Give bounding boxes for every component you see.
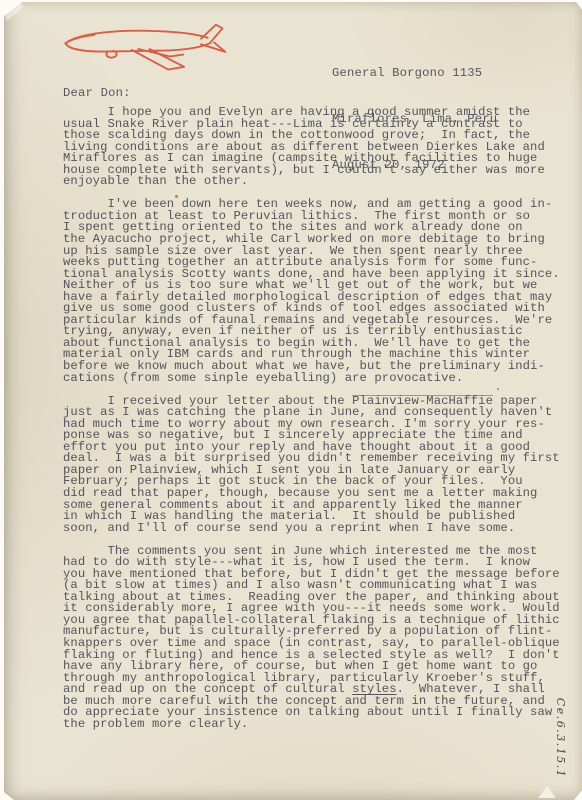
ink-speck (497, 388, 499, 390)
paragraph: I hope you and Evelyn are having a good … (63, 107, 568, 188)
letter-line: soon, and I'll of course send you a repr… (63, 523, 568, 535)
scanned-letter-page: General Borgono 1135 Miraflores, Lima, P… (0, 0, 582, 800)
letter-line: enjoyable than the other. (63, 176, 568, 188)
address-line: General Borgono 1135 (332, 66, 497, 81)
letter-line: the problem more clearly. (63, 719, 568, 731)
paragraph: I've been down here ten weeks now, and a… (63, 199, 568, 384)
ink-speck (175, 195, 178, 198)
airplane-stamp-icon (55, 20, 231, 78)
salutation: Dear Don: (63, 86, 131, 100)
paragraph: I received your letter about the Plainvi… (63, 396, 568, 535)
letter-body: I hope you and Evelyn are having a good … (63, 107, 568, 742)
paragraph: The comments you sent in June which inte… (63, 546, 568, 731)
letter-line: cations (from some sinple eyeballing) ar… (63, 373, 568, 385)
archive-number-annotation: Ce.6.3.15.1 (553, 683, 567, 793)
